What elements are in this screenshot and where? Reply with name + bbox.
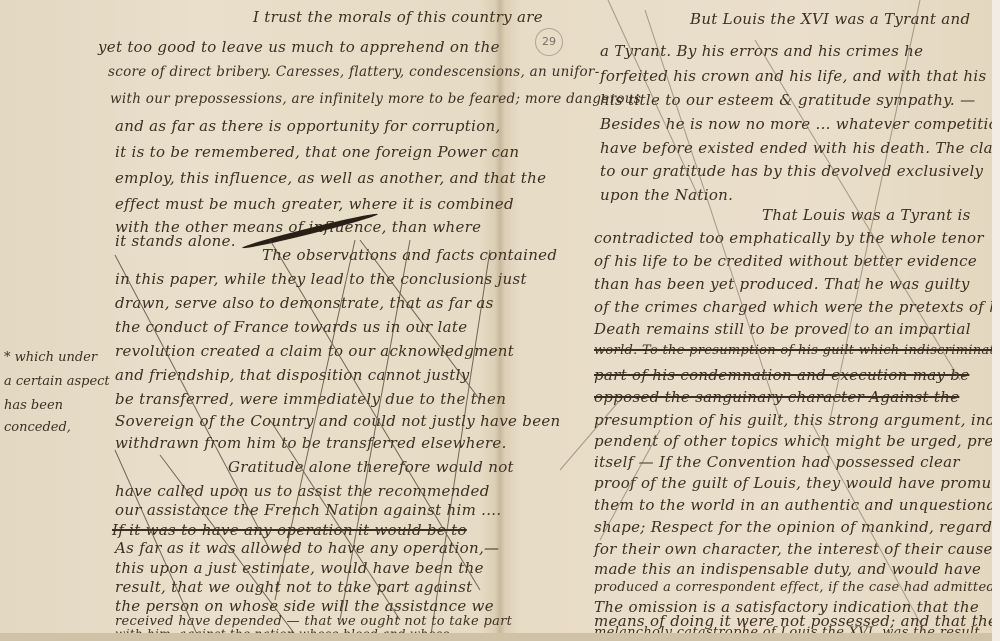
text-line: Death remains still to be proved to an i… [594,320,971,338]
text-line: As far as it was allowed to have any ope… [115,539,499,557]
text-line: employ, this influence, as well as anoth… [115,169,546,187]
text-line: be transferred, were immediately due to … [115,390,506,408]
text-line: itself — If the Convention had possessed… [594,453,960,471]
text-line: of his life to be credited without bette… [594,252,977,270]
text-line: his title to our esteem & gratitude symp… [600,91,975,109]
text-line: yet too good to leave us much to apprehe… [98,38,500,56]
text-line: this upon a just estimate, would have be… [115,559,484,577]
text-line: withdrawn from him to be transferred els… [115,434,507,452]
text-line: the conduct of France towards us in our … [115,318,467,336]
text-line: contradicted too emphatically by the who… [594,229,984,247]
text-line: our assistance the French Nation against… [115,501,501,519]
text-line: That Louis was a Tyrant is [762,206,971,224]
text-line: to our gratitude has by this devolved ex… [600,162,983,180]
page-right-edge [992,0,1000,641]
text-line: a Tyrant. By his errors and his crimes h… [600,42,923,60]
text-line: Gratitude alone therefore would not [228,458,514,476]
text-line: for their own character, the interest of… [594,540,993,558]
manuscript-spread: I trust the morals of this country are y… [0,0,1000,641]
text-line: Besides he is now no more ... whatever c… [600,115,1000,133]
text-line: and as far as there is opportunity for c… [115,117,501,135]
text-line: it is to be remembered, that one foreign… [115,143,519,161]
text-line: have before existed ended with his death… [600,139,1000,157]
left-page: I trust the morals of this country are y… [0,0,500,633]
text-line: pendent of other topics which might be u… [594,432,1000,450]
margin-note-line: conceded, [4,420,71,435]
struck-line: part of his condemnation and execution m… [594,366,969,384]
text-line: But Louis the XVI was a Tyrant and [690,10,970,28]
text-line: than has been yet produced. That he was … [594,275,970,293]
page-bottom-edge [0,633,1000,641]
margin-note-line: has been [4,398,63,413]
text-line: produced a correspondent effect, if the … [594,580,1000,595]
text-line: have called upon us to assist the recomm… [115,482,490,500]
struck-line: world. To the presumption of his guilt w… [594,343,1000,358]
text-line: Sovereign of the Country and could not j… [115,412,561,430]
text-line: presumption of his guilt, this strong ar… [594,411,1000,429]
text-line: in this paper, while they lead to the co… [115,270,527,288]
right-page: But Louis the XVI was a Tyrant and a Tyr… [500,0,992,633]
text-line: the person on whose side will the assist… [115,597,494,615]
folio-number: 29 [535,28,563,56]
text-line: result, that we ought not to take part a… [115,578,472,596]
text-line: forfeited his crown and his life, and wi… [600,67,986,85]
text-line: it stands alone. [115,232,236,250]
text-line: drawn, serve also to demonstrate, that a… [115,294,494,312]
text-line: proof of the guilt of Louis, they would … [594,474,1000,492]
text-line: and friendship, that disposition cannot … [115,366,469,384]
text-line: them to the world in an authentic and un… [594,496,1000,514]
struck-line: opposed the sanguinary character Against… [594,388,959,406]
text-line: shape; Respect for the opinion of mankin… [594,518,992,536]
margin-note-line: a certain aspect [4,374,110,389]
text-line: made this an indispensable duty, and wou… [594,560,981,578]
text-line: effect must be much greater, where it is… [115,195,514,213]
struck-line: If it was to have any operation it would… [112,521,467,539]
margin-note-line: * which under [4,350,97,365]
text-line: revolution created a claim to our acknow… [115,342,514,360]
text-line: of the crimes charged which were the pre… [594,298,1000,316]
text-line: upon the Nation. [600,186,733,204]
